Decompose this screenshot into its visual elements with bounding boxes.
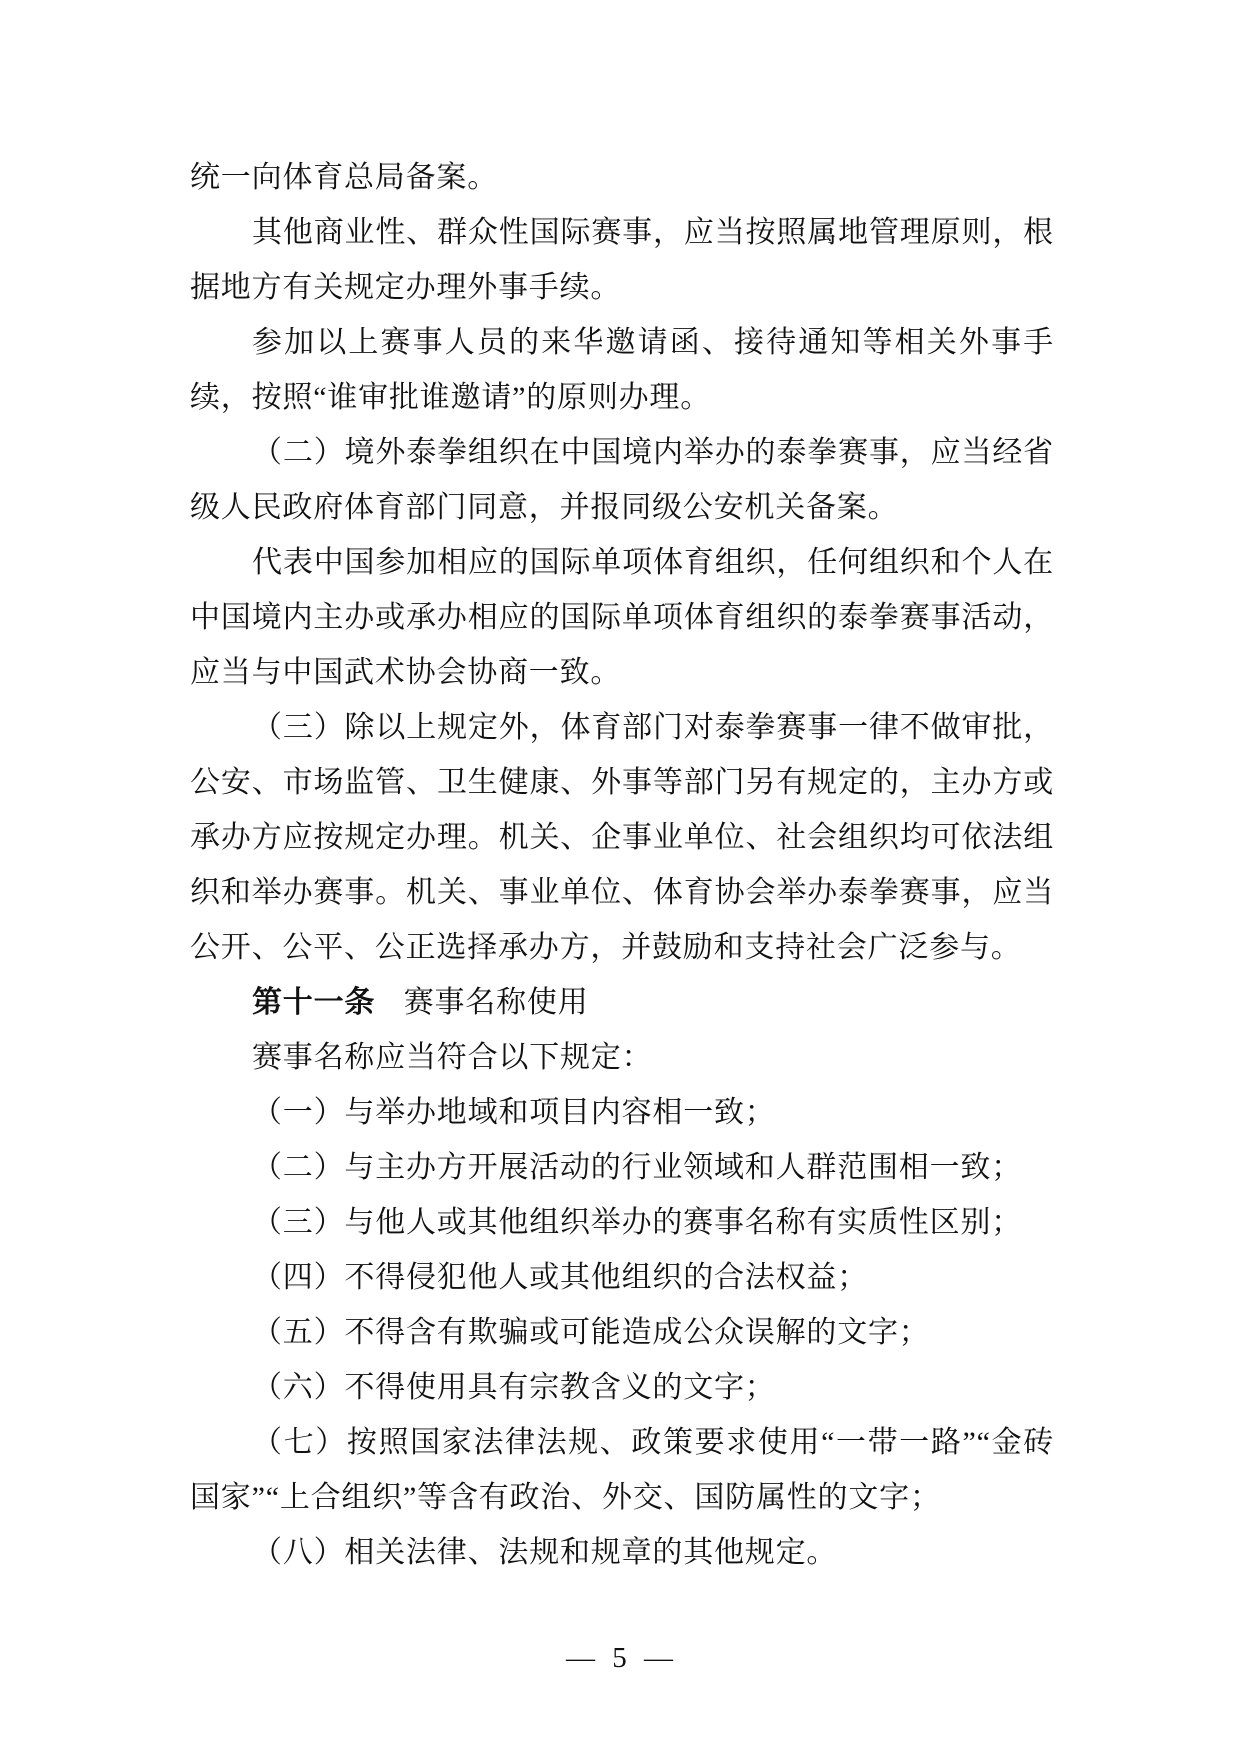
rule-item-3: （三）与他人或其他组织举办的赛事名称有实质性区别； <box>190 1195 1054 1250</box>
rule-item-8: （八）相关法律、法规和规章的其他规定。 <box>190 1525 1054 1580</box>
rule-item-1: （一）与举办地域和项目内容相一致； <box>190 1085 1054 1140</box>
rule-item-4: （四）不得侵犯他人或其他组织的合法权益； <box>190 1250 1054 1305</box>
rule-item-7: （七）按照国家法律法规、政策要求使用“一带一路”“金砖国家”“上合组织”等含有政… <box>190 1415 1054 1525</box>
paragraph: 参加以上赛事人员的来华邀请函、接待通知等相关外事手续，按照“谁审批谁邀请”的原则… <box>190 315 1054 425</box>
document-page: 统一向体育总局备案。 其他商业性、群众性国际赛事，应当按照属地管理原则，根据地方… <box>0 0 1240 1754</box>
rule-item-2: （二）与主办方开展活动的行业领域和人群范围相一致； <box>190 1140 1054 1195</box>
paragraph-item-2: （二）境外泰拳组织在中国境内举办的泰拳赛事，应当经省级人民政府体育部门同意，并报… <box>190 425 1054 535</box>
document-content: 统一向体育总局备案。 其他商业性、群众性国际赛事，应当按照属地管理原则，根据地方… <box>190 150 1054 1580</box>
rule-item-6: （六）不得使用具有宗教含义的文字； <box>190 1360 1054 1415</box>
paragraph-continuation: 统一向体育总局备案。 <box>190 150 1054 205</box>
paragraph: 代表中国参加相应的国际单项体育组织，任何组织和个人在中国境内主办或承办相应的国际… <box>190 535 1054 700</box>
article-number: 第十一条 <box>252 986 375 1019</box>
rules-intro: 赛事名称应当符合以下规定： <box>190 1030 1054 1085</box>
rule-item-5: （五）不得含有欺骗或可能造成公众误解的文字； <box>190 1305 1054 1360</box>
paragraph-item-3: （三）除以上规定外，体育部门对泰拳赛事一律不做审批，公安、市场监管、卫生健康、外… <box>190 700 1054 975</box>
article-heading: 第十一条赛事名称使用 <box>190 975 1054 1030</box>
article-title: 赛事名称使用 <box>404 986 589 1019</box>
page-number: — 5 — <box>0 1640 1240 1676</box>
paragraph: 其他商业性、群众性国际赛事，应当按照属地管理原则，根据地方有关规定办理外事手续。 <box>190 205 1054 315</box>
